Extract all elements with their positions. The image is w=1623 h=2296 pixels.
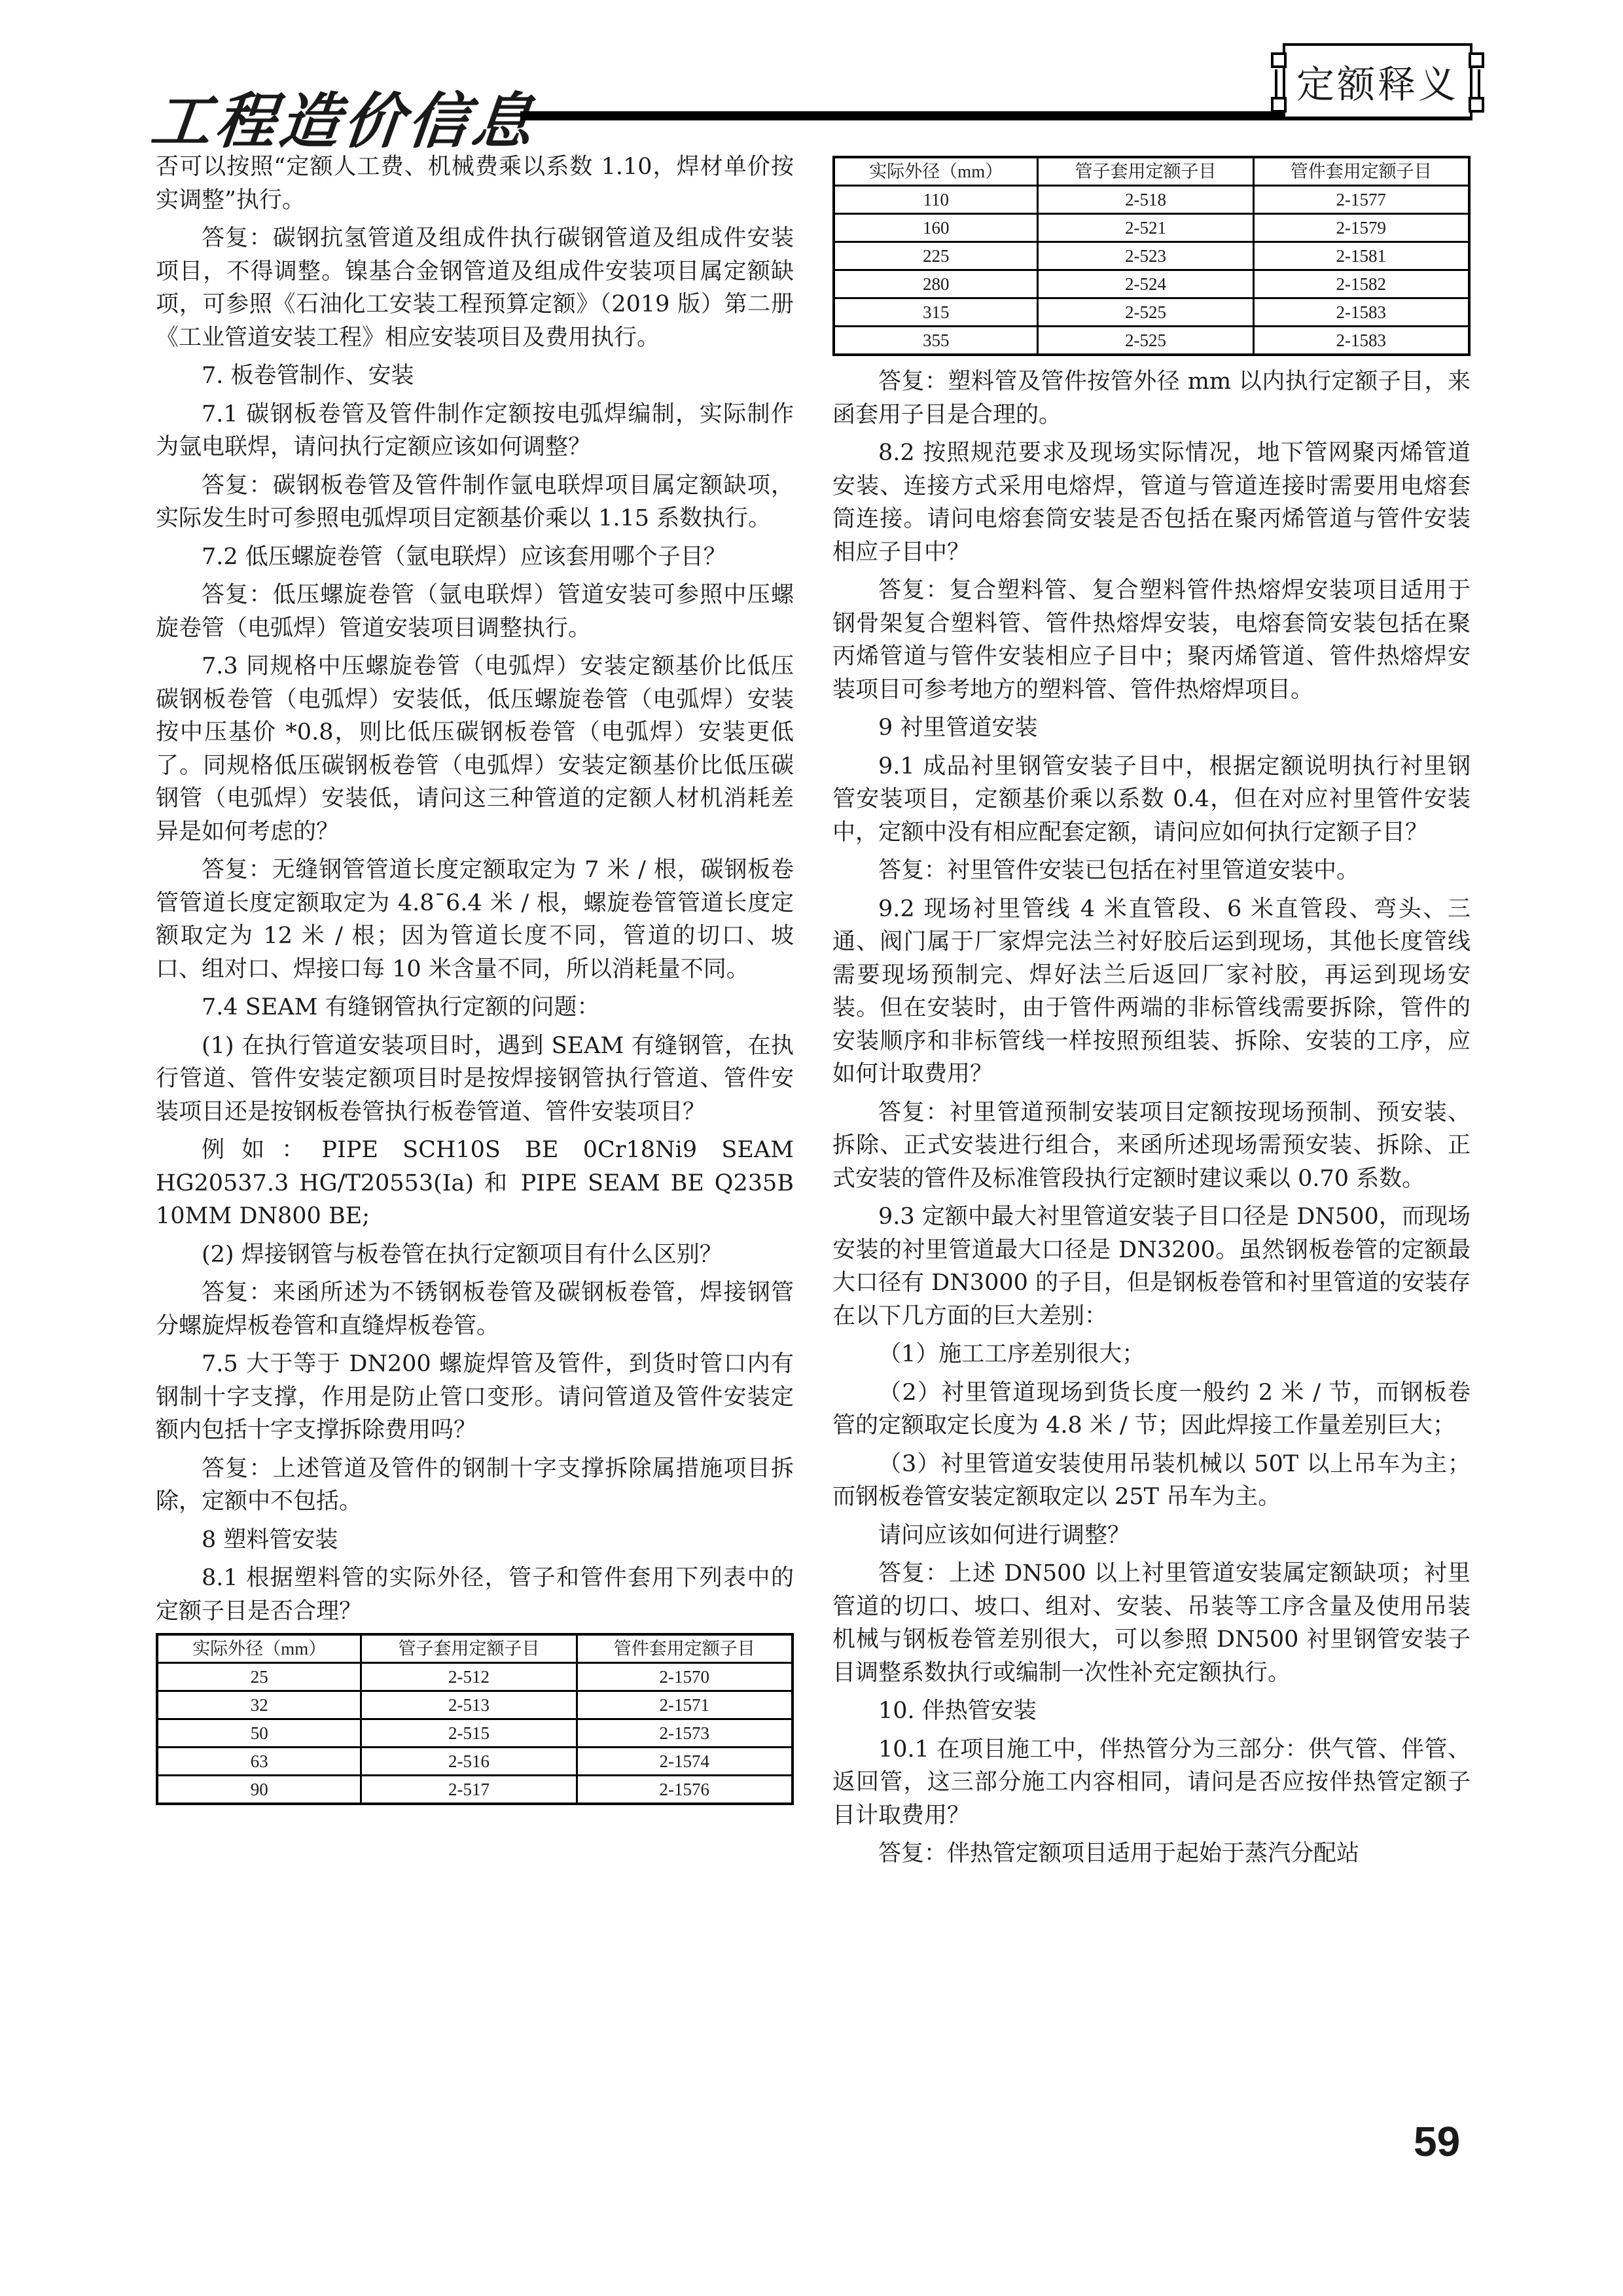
cell-outer-diameter: 225 bbox=[834, 242, 1038, 270]
table-row: 90 2-517 2-1576 bbox=[157, 1776, 793, 1804]
cell-pipe-item: 2-525 bbox=[1038, 327, 1253, 355]
cell-outer-diameter: 32 bbox=[157, 1691, 361, 1719]
table-row: 25 2-512 2-1570 bbox=[157, 1663, 793, 1691]
question-paragraph: (2) 焊接钢管与板卷管在执行定额项目有什么区别？ bbox=[156, 1238, 794, 1272]
answer-paragraph: 答复：伴热管定额项目适用于起始于蒸汽分配站 bbox=[832, 1837, 1471, 1871]
question-paragraph: 请问应该如何进行调整？ bbox=[832, 1519, 1471, 1552]
cell-fitting-item: 2-1574 bbox=[577, 1748, 793, 1776]
plastic-pipe-table-part-2: 实际外径（mm） 管子套用定额子目 管件套用定额子目 110 2-518 2-1… bbox=[832, 156, 1471, 356]
column-header-fitting-item: 管件套用定额子目 bbox=[577, 1634, 793, 1663]
list-item: （2）衬里管道现场到货长度一般约 2 米 / 节，而钢板卷管的定额取定长度为 4… bbox=[832, 1376, 1471, 1443]
table-row: 160 2-521 2-1579 bbox=[834, 214, 1469, 242]
cell-pipe-item: 2-524 bbox=[1038, 270, 1253, 298]
column-header-fitting-item: 管件套用定额子目 bbox=[1253, 157, 1469, 186]
answer-paragraph: 答复：衬里管件安装已包括在衬里管道安装中。 bbox=[832, 854, 1471, 888]
cell-outer-diameter: 280 bbox=[834, 270, 1038, 298]
question-paragraph: 7.3 同规格中压螺旋卷管（电弧焊）安装定额基价比低压碳钢板卷管（电弧焊）安装低… bbox=[156, 650, 794, 848]
cell-fitting-item: 2-1573 bbox=[577, 1719, 793, 1748]
table-header-row: 实际外径（mm） 管子套用定额子目 管件套用定额子目 bbox=[157, 1634, 793, 1663]
badge-corner-ornament bbox=[1469, 52, 1484, 68]
cell-fitting-item: 2-1576 bbox=[577, 1776, 793, 1804]
badge-corner-ornament bbox=[1271, 97, 1287, 113]
table-row: 63 2-516 2-1574 bbox=[157, 1748, 793, 1776]
section-heading: 8 塑料管安装 bbox=[156, 1524, 794, 1557]
cell-pipe-item: 2-512 bbox=[361, 1663, 577, 1691]
section-heading: 9 衬里管道安装 bbox=[832, 711, 1471, 745]
table-row: 32 2-513 2-1571 bbox=[157, 1691, 793, 1719]
answer-paragraph: 答复：碳钢板卷管及管件制作氩电联焊项目属定额缺项，实际发生时可参照电弧焊项目定额… bbox=[156, 469, 794, 535]
cell-pipe-item: 2-525 bbox=[1038, 298, 1253, 327]
table-header-row: 实际外径（mm） 管子套用定额子目 管件套用定额子目 bbox=[834, 157, 1469, 186]
column-header-pipe-item: 管子套用定额子目 bbox=[1038, 157, 1253, 186]
cell-outer-diameter: 160 bbox=[834, 214, 1038, 242]
right-column: 实际外径（mm） 管子套用定额子目 管件套用定额子目 110 2-518 2-1… bbox=[832, 156, 1471, 1876]
cell-pipe-item: 2-518 bbox=[1038, 186, 1253, 214]
answer-paragraph: 答复：低压螺旋卷管（氩电联焊）管道安装可参照中压螺旋卷管（电弧焊）管道安装项目调… bbox=[156, 579, 794, 645]
section-heading: 10. 伴热管安装 bbox=[832, 1695, 1471, 1728]
cell-outer-diameter: 355 bbox=[834, 327, 1038, 355]
section-badge-label: 定额释义 bbox=[1296, 54, 1459, 109]
cell-fitting-item: 2-1579 bbox=[1253, 214, 1469, 242]
cell-pipe-item: 2-521 bbox=[1038, 214, 1253, 242]
answer-paragraph: 答复：无缝钢管管道长度定额取定为 7 米 / 根，碳钢板卷管管道长度定额取定为 … bbox=[156, 853, 794, 986]
cell-fitting-item: 2-1577 bbox=[1253, 186, 1469, 214]
plastic-pipe-table-part-1: 实际外径（mm） 管子套用定额子目 管件套用定额子目 25 2-512 2-15… bbox=[156, 1633, 794, 1805]
question-paragraph: 8.2 按照规范要求及现场实际情况，地下管网聚丙烯管道安装、连接方式采用电熔焊，… bbox=[832, 437, 1471, 569]
section-heading: 7. 板卷管制作、安装 bbox=[156, 359, 794, 393]
table-row: 110 2-518 2-1577 bbox=[834, 186, 1469, 214]
question-paragraph: 8.1 根据塑料管的实际外径，管子和管件套用下列表中的定额子目是否合理？ bbox=[156, 1562, 794, 1628]
cell-pipe-item: 2-513 bbox=[361, 1691, 577, 1719]
question-paragraph: 9.1 成品衬里钢管安装子目中，根据定额说明执行衬里钢管安装项目，定额基价乘以系… bbox=[832, 750, 1471, 850]
column-header-outer-diameter: 实际外径（mm） bbox=[157, 1634, 361, 1663]
cell-fitting-item: 2-1583 bbox=[1253, 298, 1469, 327]
table-row: 50 2-515 2-1573 bbox=[157, 1719, 793, 1748]
page-number: 59 bbox=[1414, 2117, 1460, 2166]
answer-paragraph: 答复：复合塑料管、复合塑料管件热熔焊安装项目适用于钢骨架复合塑料管、管件热熔焊安… bbox=[832, 574, 1471, 706]
cell-fitting-item: 2-1582 bbox=[1253, 270, 1469, 298]
cell-fitting-item: 2-1571 bbox=[577, 1691, 793, 1719]
badge-corner-ornament bbox=[1469, 97, 1484, 113]
table-row: 280 2-524 2-1582 bbox=[834, 270, 1469, 298]
question-paragraph: 7.4 SEAM 有缝钢管执行定额的问题： bbox=[156, 991, 794, 1024]
table-row: 225 2-523 2-1581 bbox=[834, 242, 1469, 270]
answer-paragraph: 答复：上述管道及管件的钢制十字支撑拆除属措施项目拆除，定额中不包括。 bbox=[156, 1452, 794, 1518]
answer-paragraph: 答复：碳钢抗氢管道及组成件执行碳钢管道及组成件安装项目，不得调整。镍基合金钢管道… bbox=[156, 222, 794, 354]
cell-fitting-item: 2-1570 bbox=[577, 1663, 793, 1691]
question-paragraph: 7.2 低压螺旋卷管（氩电联焊）应该套用哪个子目？ bbox=[156, 541, 794, 574]
cell-outer-diameter: 315 bbox=[834, 298, 1038, 327]
question-paragraph: 9.3 定额中最大衬里管道安装子目口径是 DN500，而现场安装的衬里管道最大口… bbox=[832, 1200, 1471, 1333]
publication-title: 工程造价信息 bbox=[147, 73, 541, 160]
cell-outer-diameter: 50 bbox=[157, 1719, 361, 1748]
cell-pipe-item: 2-516 bbox=[361, 1748, 577, 1776]
paragraph: 否可以按照“定额人工费、机械费乘以系数 1.10，焊材单价按实调整”执行。 bbox=[156, 151, 794, 217]
badge-side-ornament bbox=[1474, 69, 1480, 98]
answer-paragraph: 答复：衬里管道预制安装项目定额按现场预制、预安装、拆除、正式安装进行组合，来函所… bbox=[832, 1096, 1471, 1196]
badge-side-ornament bbox=[1275, 69, 1281, 98]
question-paragraph: (1) 在执行管道安装项目时，遇到 SEAM 有缝钢管，在执行管道、管件安装定额… bbox=[156, 1030, 794, 1129]
example-paragraph: 例如：PIPE SCH10S BE 0Cr18Ni9 SEAM HG20537.… bbox=[156, 1134, 794, 1233]
question-paragraph: 7.5 大于等于 DN200 螺旋焊管及管件，到货时管口内有钢制十字支撑，作用是… bbox=[156, 1348, 794, 1447]
cell-fitting-item: 2-1581 bbox=[1253, 242, 1469, 270]
cell-outer-diameter: 110 bbox=[834, 186, 1038, 214]
answer-paragraph: 答复：上述 DN500 以上衬里管道安装属定额缺项；衬里管道的切口、坡口、组对、… bbox=[832, 1557, 1471, 1689]
cell-fitting-item: 2-1583 bbox=[1253, 327, 1469, 355]
cell-pipe-item: 2-517 bbox=[361, 1776, 577, 1804]
answer-paragraph: 答复：塑料管及管件按管外径 mm 以内执行定额子目，来函套用子目是合理的。 bbox=[832, 365, 1471, 431]
question-paragraph: 7.1 碳钢板卷管及管件制作定额按电弧焊编制，实际制作为氩电联焊，请问执行定额应… bbox=[156, 398, 794, 464]
cell-outer-diameter: 63 bbox=[157, 1748, 361, 1776]
cell-pipe-item: 2-515 bbox=[361, 1719, 577, 1748]
column-header-pipe-item: 管子套用定额子目 bbox=[361, 1634, 577, 1663]
answer-paragraph: 答复：来函所述为不锈钢板卷管及碳钢板卷管，焊接钢管分螺旋焊板卷管和直缝焊板卷管。 bbox=[156, 1276, 794, 1342]
question-paragraph: 9.2 现场衬里管线 4 米直管段、6 米直管段、弯头、三通、阀门属于厂家焊完法… bbox=[832, 893, 1471, 1091]
table-row: 315 2-525 2-1583 bbox=[834, 298, 1469, 327]
cell-pipe-item: 2-523 bbox=[1038, 242, 1253, 270]
left-column: 否可以按照“定额人工费、机械费乘以系数 1.10，焊材单价按实调整”执行。 答复… bbox=[156, 151, 794, 1814]
list-item: （3）衬里管道安装使用吊装机械以 50T 以上吊车为主；而钢板卷管安装定额取定以… bbox=[832, 1448, 1471, 1514]
cell-outer-diameter: 90 bbox=[157, 1776, 361, 1804]
question-paragraph: 10.1 在项目施工中，伴热管分为三部分：供气管、伴管、返回管，这三部分施工内容… bbox=[832, 1733, 1471, 1833]
column-header-outer-diameter: 实际外径（mm） bbox=[834, 157, 1038, 186]
cell-outer-diameter: 25 bbox=[157, 1663, 361, 1691]
badge-corner-ornament bbox=[1271, 52, 1287, 68]
list-item: （1）施工工序差别很大； bbox=[832, 1338, 1471, 1371]
section-badge: 定额释义 bbox=[1283, 43, 1472, 117]
table-row: 355 2-525 2-1583 bbox=[834, 327, 1469, 355]
